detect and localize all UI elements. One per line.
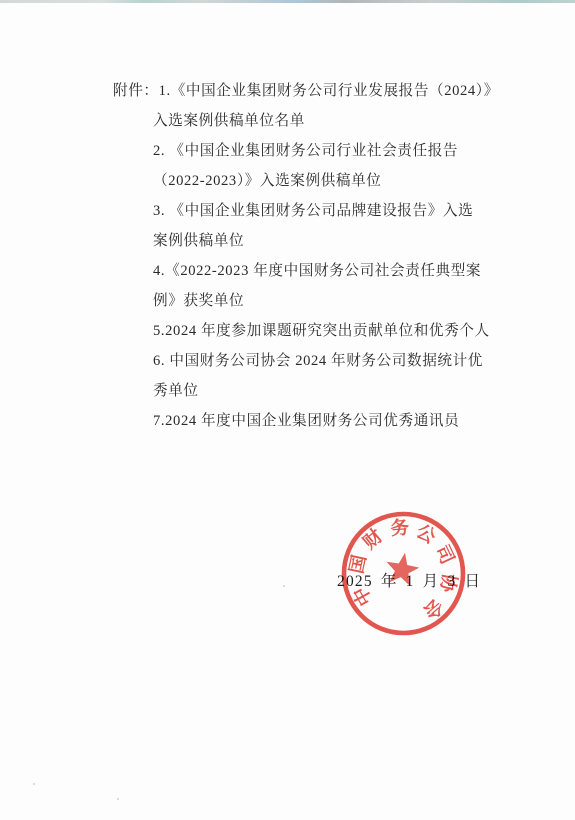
attachment-line: 附件：1.《中国企业集团财务公司行业发展报告（2024）》 bbox=[0, 76, 575, 106]
attachment-line: 4.《2022-2023 年度中国财务公司社会责任典型案 bbox=[0, 256, 575, 286]
attachment-line: 入选案例供稿单位名单 bbox=[0, 106, 575, 136]
scan-speck bbox=[117, 798, 119, 800]
seal-character: 国 bbox=[346, 553, 370, 575]
attachment-line: 例》获奖单位 bbox=[0, 286, 575, 316]
scan-speck bbox=[33, 783, 35, 785]
seal-character: 协 bbox=[435, 572, 460, 596]
official-seal: 中 国 财 务 公 司 协 会 bbox=[333, 503, 474, 644]
seal-character: 务 bbox=[390, 516, 410, 539]
attachment-list: 附件：1.《中国企业集团财务公司行业发展报告（2024）》 入选案例供稿单位名单… bbox=[0, 76, 575, 436]
document-page: 附件：1.《中国企业集团财务公司行业发展报告（2024）》 入选案例供稿单位名单… bbox=[0, 0, 575, 820]
attachment-line: 7.2024 年度中国企业集团财务公司优秀通讯员 bbox=[0, 406, 575, 436]
attachment-line: 6. 中国财务公司协会 2024 年财务公司数据统计优 bbox=[0, 346, 575, 376]
attachment-line: 案例供稿单位 bbox=[0, 226, 575, 256]
attachment-line: 秀单位 bbox=[0, 376, 575, 406]
attachment-line: 5.2024 年度参加课题研究突出贡献单位和优秀个人 bbox=[0, 316, 575, 346]
attachment-line: 3. 《中国企业集团财务公司品牌建设报告》入选 bbox=[0, 196, 575, 226]
scan-edge-artifact bbox=[0, 0, 575, 3]
scan-speck bbox=[283, 585, 285, 587]
attachment-line: 2. 《中国企业集团财务公司行业社会责任报告 bbox=[0, 136, 575, 166]
attachment-line: （2022-2023）》入选案例供稿单位 bbox=[0, 166, 575, 196]
star-icon bbox=[387, 553, 420, 586]
